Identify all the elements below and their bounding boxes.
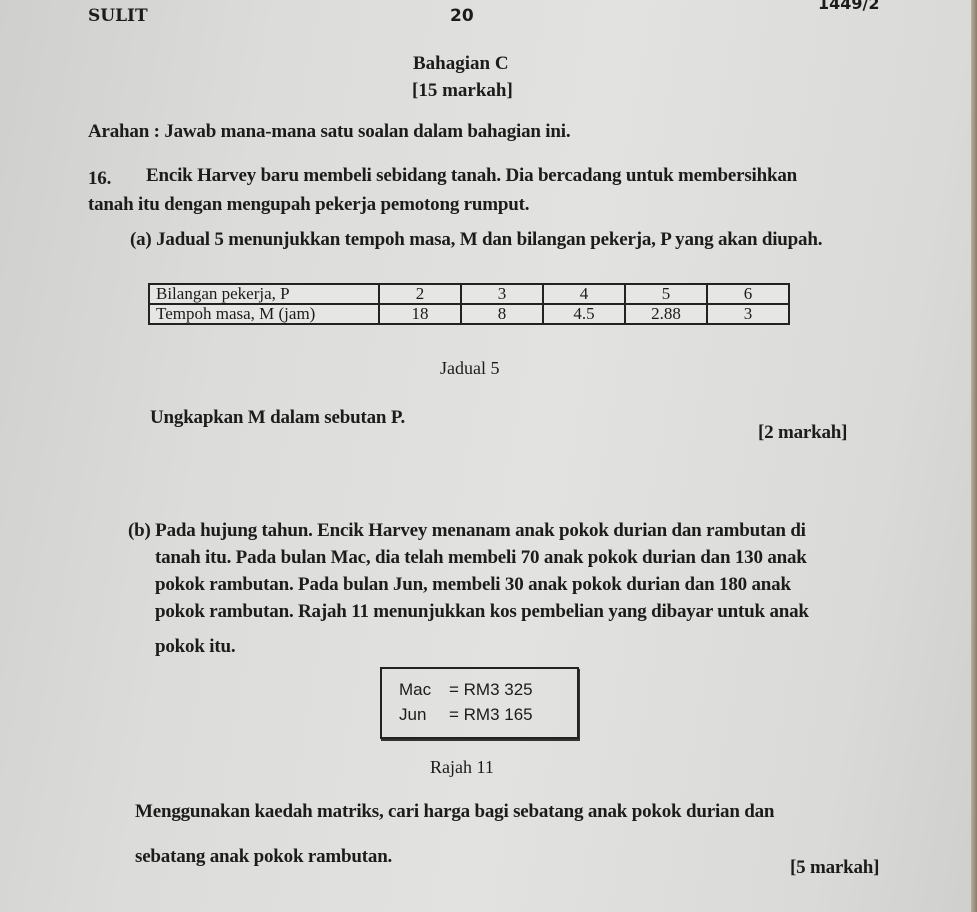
part-b-line2: tanah itu. Pada bulan Mac, dia telah mem… [155, 547, 807, 569]
table-cell: 6 [707, 284, 789, 304]
confidentiality-label: SULIT [88, 6, 148, 26]
row-header-duration: Tempoh masa, M (jam) [149, 304, 379, 324]
table-cell: 2.88 [625, 304, 707, 324]
table-row: Bilangan pekerja, P 2 3 4 5 6 [149, 284, 789, 304]
figure-rajah-11: Mac= RM3 325 Jun= RM3 165 [380, 667, 579, 739]
page-number: 20 [450, 6, 474, 26]
table-row: Tempoh masa, M (jam) 18 8 4.5 2.88 3 [149, 304, 789, 324]
part-a-marks: [2 markah] [758, 422, 847, 444]
part-b-marks: [5 markah] [790, 857, 879, 879]
table-cell: 4.5 [543, 304, 625, 324]
section-marks: [15 markah] [412, 80, 513, 102]
part-b-line4: pokok rambutan. Rajah 11 menunjukkan kos… [155, 601, 809, 623]
row-header-workers: Bilangan pekerja, P [149, 284, 379, 304]
table-cell: 3 [707, 304, 789, 324]
part-b-task-line1: Menggunakan kaedah matriks, cari harga b… [135, 801, 774, 823]
table-caption: Jadual 5 [440, 358, 499, 379]
figure-row-jun: Jun= RM3 165 [399, 705, 533, 725]
figure-value: = RM3 165 [449, 705, 533, 724]
figure-label: Jun [399, 705, 449, 725]
section-title: Bahagian C [413, 53, 509, 75]
table-cell: 4 [543, 284, 625, 304]
question-intro-line1: Encik Harvey baru membeli sebidang tanah… [146, 165, 797, 187]
figure-caption: Rajah 11 [430, 757, 494, 778]
part-b-line1: (b) Pada hujung tahun. Encik Harvey mena… [128, 520, 806, 542]
table-jadual-5: Bilangan pekerja, P 2 3 4 5 6 Tempoh mas… [148, 283, 790, 325]
paper-code: 1449/2 [818, 0, 880, 13]
figure-label: Mac [399, 680, 449, 700]
question-number: 16. [88, 168, 111, 190]
instructions: Arahan : Jawab mana-mana satu soalan dal… [88, 121, 570, 143]
part-a-task: Ungkapkan M dalam sebutan P. [150, 407, 405, 429]
page-edge [971, 0, 977, 912]
part-b-task-line2: sebatang anak pokok rambutan. [135, 846, 392, 868]
question-intro-line2: tanah itu dengan mengupah pekerja pemoto… [88, 194, 529, 216]
table-cell: 5 [625, 284, 707, 304]
table-cell: 8 [461, 304, 543, 324]
figure-value: = RM3 325 [449, 680, 533, 699]
part-b-line3: pokok rambutan. Pada bulan Jun, membeli … [155, 574, 791, 596]
table-cell: 3 [461, 284, 543, 304]
figure-row-mac: Mac= RM3 325 [399, 680, 533, 700]
part-a-text: (a) Jadual 5 menunjukkan tempoh masa, M … [130, 229, 822, 251]
table-cell: 18 [379, 304, 461, 324]
part-b-line5: pokok itu. [155, 636, 235, 658]
table-cell: 2 [379, 284, 461, 304]
